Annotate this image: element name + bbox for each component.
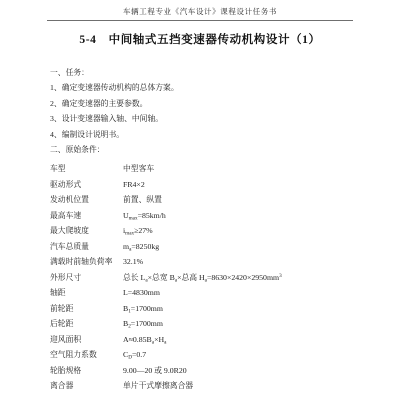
task-item: 2、确定变速器的主要参数。 (50, 96, 362, 111)
spec-label: 迎风面积 (50, 332, 123, 348)
spec-label: 发动机位置 (50, 192, 123, 208)
spec-row: 空气阻力系数 CD=0.7 (50, 347, 362, 363)
spec-label: 前轮距 (50, 301, 123, 317)
spec-value: B1=1700mm (123, 301, 362, 317)
spec-label: 空气阻力系数 (50, 347, 123, 363)
tasks-heading: 一、任务： (50, 65, 362, 80)
spec-row: 车型 中型客车 (50, 161, 362, 177)
page-title: 5-4 中间轴式五挡变速器传动机构设计（1） (0, 31, 400, 47)
spec-value: ma=8250kg (123, 239, 362, 255)
spec-label: 最大爬坡度 (50, 223, 123, 239)
spec-row: 离合器 单片干式摩擦离合器 (50, 378, 362, 394)
spec-row: 外形尺寸 总长 La×总宽 Ba×总高 Ha=8630×2420×2950mm3 (50, 270, 362, 286)
header-divider (47, 20, 353, 21)
spec-value: 总长 La×总宽 Ba×总高 Ha=8630×2420×2950mm3 (123, 270, 362, 286)
spec-label: 轴距 (50, 285, 123, 301)
spec-label: 驱动形式 (50, 177, 123, 193)
spec-label: 汽车总质量 (50, 239, 123, 255)
page-header: 车辆工程专业《汽车设计》课程设计任务书 (0, 6, 400, 17)
spec-row: 汽车总质量 ma=8250kg (50, 239, 362, 255)
spec-row: 迎风面积 A≈0.85Ba×Ha (50, 332, 362, 348)
document-page: 车辆工程专业《汽车设计》课程设计任务书 5-4 中间轴式五挡变速器传动机构设计（… (0, 0, 400, 400)
spec-row: 驱动形式 FR4×2 (50, 177, 362, 193)
spec-label: 离合器 (50, 378, 123, 394)
spec-label: 轮胎规格 (50, 363, 123, 379)
spec-row: 满载时前轴负荷率 32.1% (50, 254, 362, 270)
task-item: 3、设计变速器输入轴、中间轴。 (50, 111, 362, 126)
spec-label: 外形尺寸 (50, 270, 123, 286)
spec-value: 9.00—20 或 9.0R20 (123, 363, 362, 379)
spec-row: 轴距 L=4830mm (50, 285, 362, 301)
spec-row: 发动机位置 前置、纵置 (50, 192, 362, 208)
document-body: 一、任务： 1、确定变速器传动机构的总体方案。 2、确定变速器的主要参数。 3、… (50, 65, 362, 394)
spec-label: 车型 (50, 161, 123, 177)
spec-value: 前置、纵置 (123, 192, 362, 208)
spec-value: B2=1700mm (123, 316, 362, 332)
spec-row: 最大爬坡度 imax≥27% (50, 223, 362, 239)
spec-value: CD=0.7 (123, 347, 362, 363)
spec-value: 32.1% (123, 254, 362, 270)
spec-label: 后轮距 (50, 316, 123, 332)
spec-value: imax≥27% (123, 223, 362, 239)
spec-label: 满载时前轴负荷率 (50, 254, 123, 270)
spec-value: FR4×2 (123, 177, 362, 193)
spec-label: 最高车速 (50, 208, 123, 224)
spec-row: 前轮距 B1=1700mm (50, 301, 362, 317)
spec-row: 后轮距 B2=1700mm (50, 316, 362, 332)
spec-table: 车型 中型客车 驱动形式 FR4×2 发动机位置 前置、纵置 最高车速 Umax… (50, 161, 362, 394)
spec-value: 中型客车 (123, 161, 362, 177)
spec-value: L=4830mm (123, 285, 362, 301)
conditions-heading: 二、原始条件： (50, 142, 362, 157)
spec-row: 最高车速 Umax=85km/h (50, 208, 362, 224)
spec-row: 轮胎规格 9.00—20 或 9.0R20 (50, 363, 362, 379)
task-item: 4、编制设计说明书。 (50, 127, 362, 142)
spec-value: 单片干式摩擦离合器 (123, 378, 362, 394)
spec-value: A≈0.85Ba×Ha (123, 332, 362, 348)
task-item: 1、确定变速器传动机构的总体方案。 (50, 80, 362, 95)
spec-value: Umax=85km/h (123, 208, 362, 224)
